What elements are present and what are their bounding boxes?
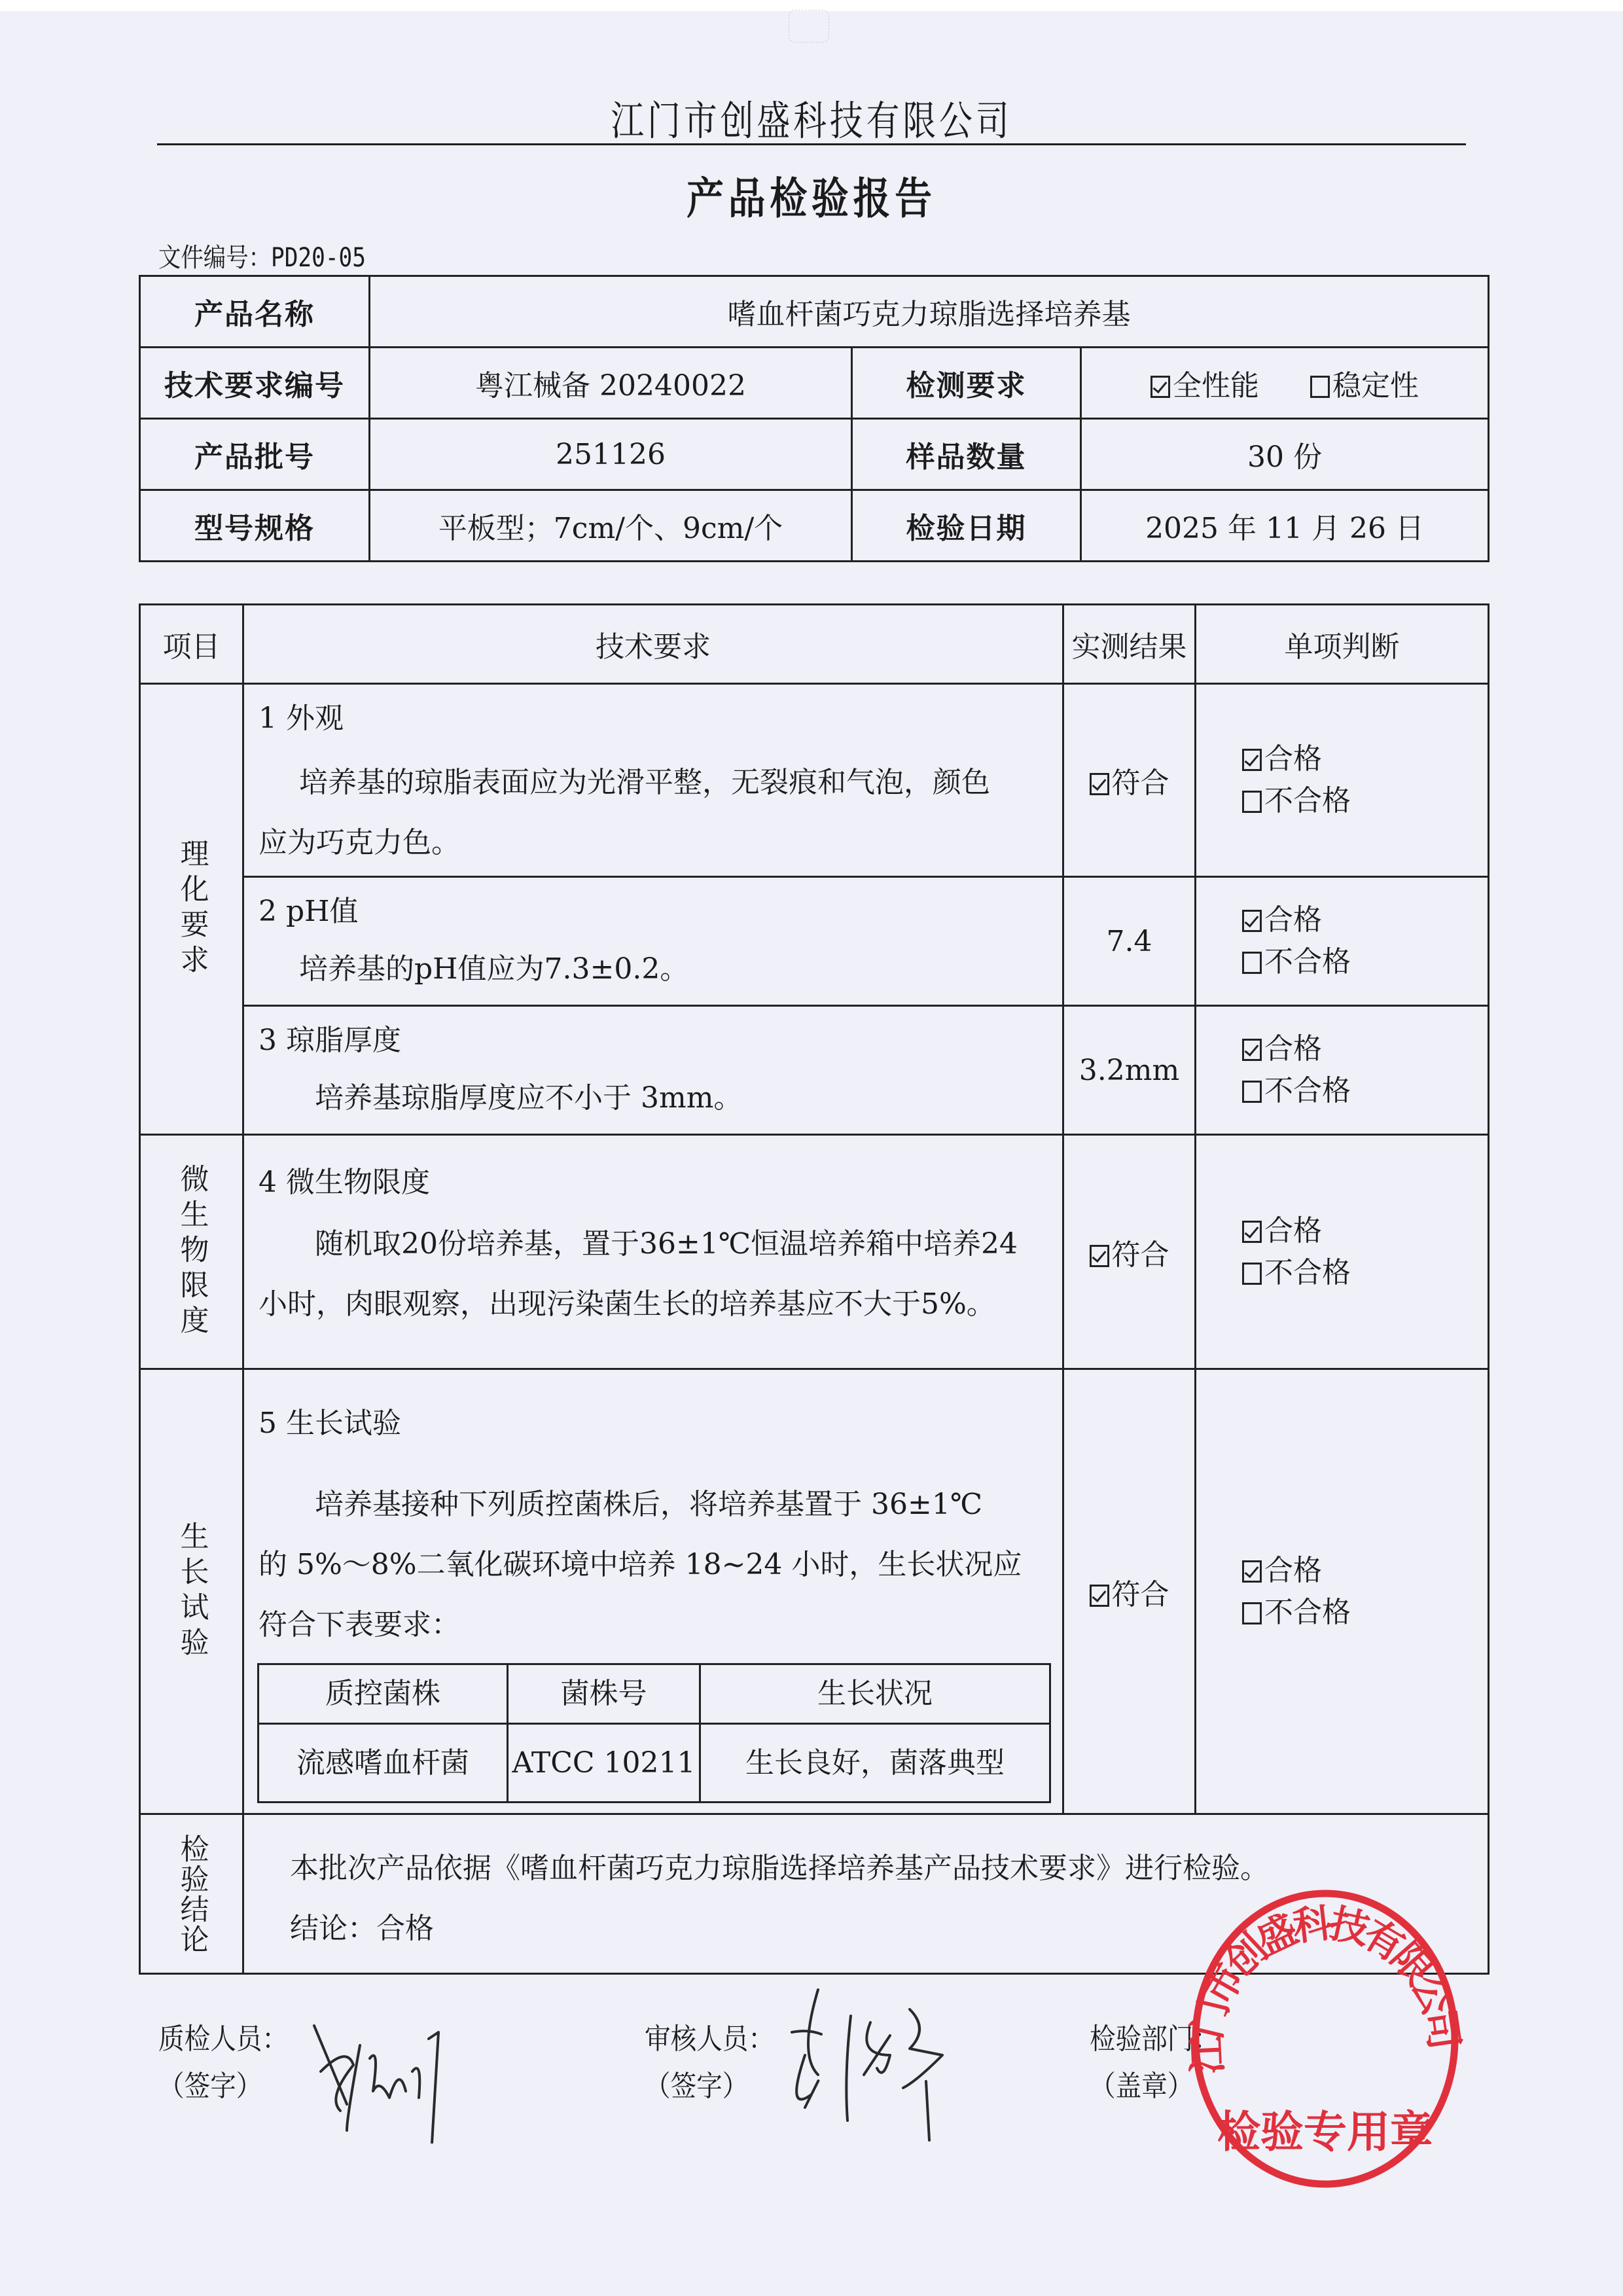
table-row: 微生物限度 4 微生物限度 随机取20份培养基，置于36±1℃恒温培养箱中培养2… xyxy=(140,1135,1489,1369)
category-growth: 生长试验 xyxy=(140,1369,243,1814)
test-req-label: 检测要求 xyxy=(852,348,1081,419)
judge-pass[interactable]: 合格 xyxy=(1242,1028,1488,1070)
option-full-performance[interactable]: 全性能 xyxy=(1150,369,1259,403)
checkbox-empty-icon[interactable] xyxy=(1242,1081,1262,1103)
reviewer-signature xyxy=(779,1983,1027,2147)
table-row: 理化要求 1 外观 培养基的琼脂表面应为光滑平整，无裂痕和气泡，颜色 应为巧克力… xyxy=(140,684,1489,877)
judgement-microbial: 合格 不合格 xyxy=(1196,1135,1489,1369)
sample-qty-value: 30 份 xyxy=(1081,419,1489,490)
company-name: 江门市创盛科技有限公司 xyxy=(146,88,1477,147)
inspector-label: 质检人员： xyxy=(158,2016,288,2063)
header-requirement: 技术要求 xyxy=(243,605,1063,684)
scan-artifact xyxy=(789,10,829,43)
report-title: 产品检验报告 xyxy=(114,164,1510,226)
requirement-microbial: 4 微生物限度 随机取20份培养基，置于36±1℃恒温培养箱中培养24 小时，肉… xyxy=(243,1135,1063,1369)
category-microbial: 微生物限度 xyxy=(140,1135,243,1369)
model-value: 平板型；7cm/个、9cm/个 xyxy=(370,490,852,562)
judge-fail[interactable]: 不合格 xyxy=(1242,1592,1488,1634)
checkbox-checked-icon[interactable] xyxy=(1242,749,1262,771)
strain-table: 质控菌株 菌株号 生长状况 流感嗜血杆菌 ATCC 10211 生长良好，菌落典… xyxy=(257,1663,1051,1803)
checkbox-empty-icon[interactable] xyxy=(1310,376,1330,398)
checkbox-empty-icon[interactable] xyxy=(1242,1602,1262,1624)
strain-name: 流感嗜血杆菌 xyxy=(259,1724,508,1803)
inspector-note: （签字） xyxy=(158,2063,288,2110)
batch-value: 251126 xyxy=(370,419,852,490)
checkbox-checked-icon[interactable] xyxy=(1242,1221,1262,1243)
judge-pass[interactable]: 合格 xyxy=(1242,1210,1488,1252)
checkbox-checked-icon[interactable] xyxy=(1150,376,1170,398)
checkbox-empty-icon[interactable] xyxy=(1242,791,1262,813)
result-appearance: 符合 xyxy=(1063,684,1196,877)
result-thickness: 3.2mm xyxy=(1063,1006,1196,1135)
product-name-value: 嗜血杆菌巧克力琼脂选择培养基 xyxy=(370,276,1489,348)
requirement-growth: 5 生长试验 培养基接种下列质控菌株后，将培养基置于 36±1℃ 的 5%～8%… xyxy=(243,1369,1063,1814)
inspector-signature xyxy=(308,2019,504,2144)
checkbox-checked-icon[interactable] xyxy=(1242,1560,1262,1583)
header-divider xyxy=(157,143,1466,145)
tech-req-no-label: 技术要求编号 xyxy=(140,348,370,419)
strain-header-number: 菌株号 xyxy=(508,1664,700,1724)
model-label: 型号规格 xyxy=(140,490,370,562)
strain-number: ATCC 10211 xyxy=(508,1724,700,1803)
category-physchem: 理化要求 xyxy=(140,684,243,1135)
strain-header-growth: 生长状况 xyxy=(700,1664,1050,1724)
document-number-value: PD20-05 xyxy=(271,243,366,273)
inspector-block: 质检人员： （签字） xyxy=(158,2016,288,2110)
checkbox-checked-icon[interactable] xyxy=(1090,773,1109,795)
product-name-label: 产品名称 xyxy=(140,276,370,348)
table-row: 生长试验 5 生长试验 培养基接种下列质控菌株后，将培养基置于 36±1℃ 的 … xyxy=(140,1369,1489,1814)
test-date-value: 2025 年 11 月 26 日 xyxy=(1081,490,1489,562)
document-number: 文件编号：PD20-05 xyxy=(158,237,366,274)
judgement-ph: 合格 不合格 xyxy=(1196,877,1489,1006)
judge-fail[interactable]: 不合格 xyxy=(1242,941,1488,983)
judgement-appearance: 合格 不合格 xyxy=(1196,684,1489,877)
judge-fail[interactable]: 不合格 xyxy=(1242,780,1488,822)
table-row: 2 pH值 培养基的pH值应为7.3±0.2。 7.4 合格 不合格 xyxy=(140,877,1489,1006)
judge-fail[interactable]: 不合格 xyxy=(1242,1070,1488,1112)
reviewer-label: 审核人员： xyxy=(645,2016,774,2063)
results-table: 项目 技术要求 实测结果 单项判断 理化要求 1 外观 培养基的琼脂表面应为光滑… xyxy=(139,603,1489,1975)
requirement-ph: 2 pH值 培养基的pH值应为7.3±0.2。 xyxy=(243,877,1063,1006)
document-number-label: 文件编号： xyxy=(158,243,271,273)
strain-growth: 生长良好，菌落典型 xyxy=(700,1724,1050,1803)
reviewer-block: 审核人员： （签字） xyxy=(645,2016,774,2110)
test-date-label: 检验日期 xyxy=(852,490,1081,562)
requirement-appearance: 1 外观 培养基的琼脂表面应为光滑平整，无裂痕和气泡，颜色 应为巧克力色。 xyxy=(243,684,1063,877)
judgement-growth: 合格 不合格 xyxy=(1196,1369,1489,1814)
judge-pass[interactable]: 合格 xyxy=(1242,1550,1488,1592)
checkbox-empty-icon[interactable] xyxy=(1242,952,1262,974)
result-ph: 7.4 xyxy=(1063,877,1196,1006)
judgement-thickness: 合格 不合格 xyxy=(1196,1006,1489,1135)
strain-header-strain: 质控菌株 xyxy=(259,1664,508,1724)
checkbox-checked-icon[interactable] xyxy=(1090,1245,1109,1267)
judge-pass[interactable]: 合格 xyxy=(1242,899,1488,941)
checkbox-checked-icon[interactable] xyxy=(1242,910,1262,932)
stamp-ring-text: 江门市创盛科技有限公司 xyxy=(1185,1900,1466,2075)
checkbox-checked-icon[interactable] xyxy=(1090,1585,1109,1607)
header-item: 项目 xyxy=(140,605,243,684)
option-stability[interactable]: 稳定性 xyxy=(1310,369,1419,403)
inspection-stamp: 江门市创盛科技有限公司 检验专用章 xyxy=(1185,1885,1466,2193)
product-info-table: 产品名称 嗜血杆菌巧克力琼脂选择培养基 技术要求编号 粤江械备 20240022… xyxy=(139,275,1489,562)
stamp-center-text: 检验专用章 xyxy=(1217,2107,1433,2157)
judge-fail[interactable]: 不合格 xyxy=(1242,1252,1488,1294)
checkbox-empty-icon[interactable] xyxy=(1242,1263,1262,1285)
checkbox-checked-icon[interactable] xyxy=(1242,1039,1262,1061)
header-judgement: 单项判断 xyxy=(1196,605,1489,684)
result-microbial: 符合 xyxy=(1063,1135,1196,1369)
test-req-options: 全性能 稳定性 xyxy=(1081,348,1489,419)
judge-pass[interactable]: 合格 xyxy=(1242,738,1488,780)
reviewer-note: （签字） xyxy=(645,2063,774,2110)
result-growth: 符合 xyxy=(1063,1369,1196,1814)
table-row: 3 琼脂厚度 培养基琼脂厚度应不小于 3mm。 3.2mm 合格 不合格 xyxy=(140,1006,1489,1135)
conclusion-label: 检验结论 xyxy=(140,1814,243,1974)
requirement-thickness: 3 琼脂厚度 培养基琼脂厚度应不小于 3mm。 xyxy=(243,1006,1063,1135)
tech-req-no-value: 粤江械备 20240022 xyxy=(370,348,852,419)
header-result: 实测结果 xyxy=(1063,605,1196,684)
sample-qty-label: 样品数量 xyxy=(852,419,1081,490)
batch-label: 产品批号 xyxy=(140,419,370,490)
